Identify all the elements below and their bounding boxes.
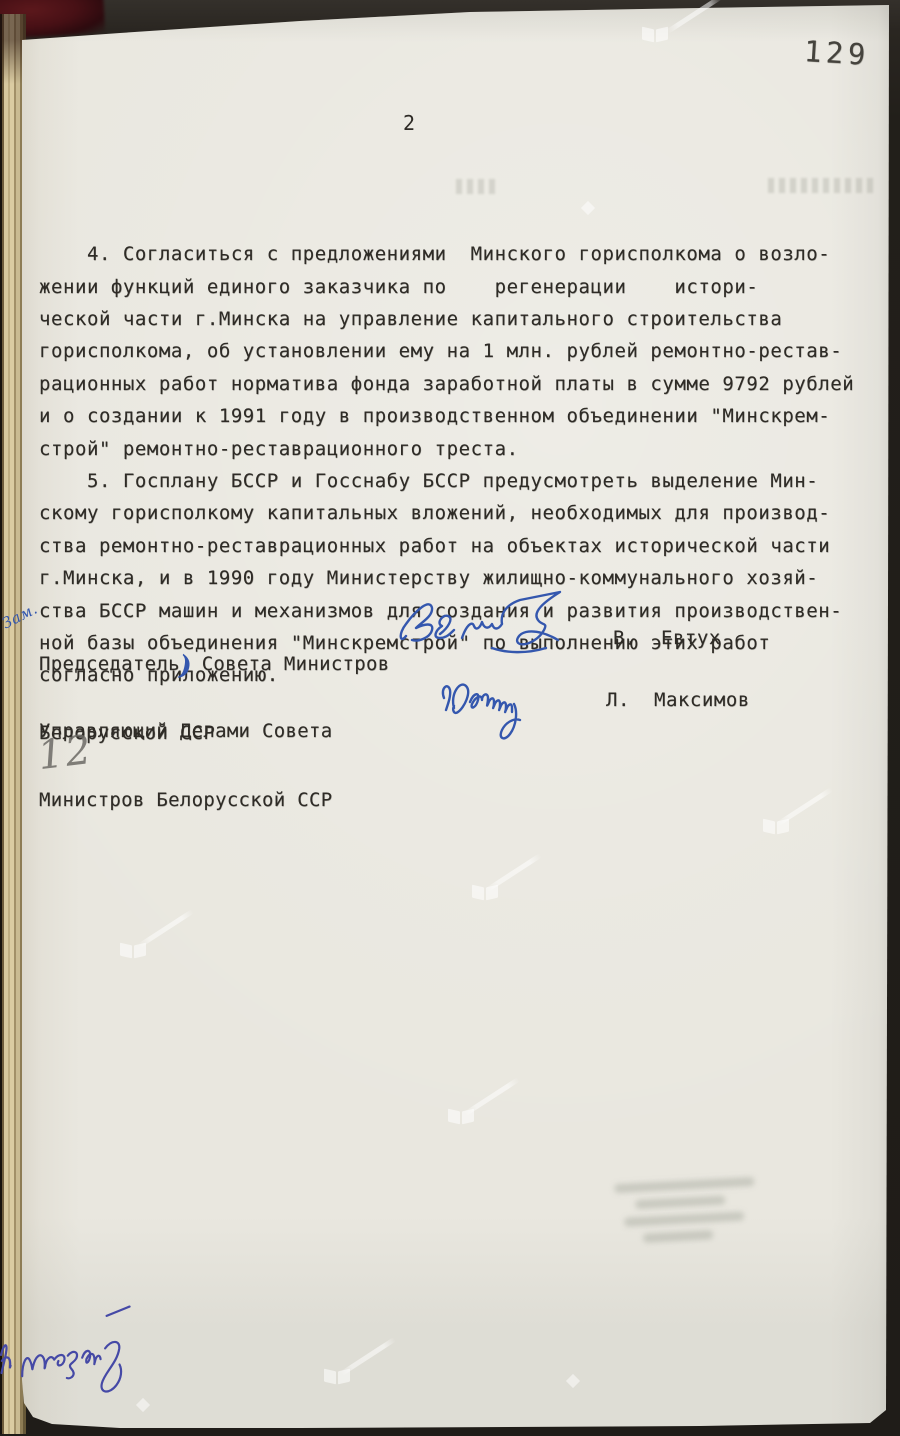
chairman-title-line1: Председатель: [39, 653, 180, 675]
erased-text-smudge: [456, 179, 500, 194]
document-page-number: 2: [403, 111, 415, 135]
document-page: 129 2 4. Согласиться с предложениями Мин…: [0, 0, 900, 1436]
text-line: строй" ремонтно-реставрационного треста.: [39, 433, 854, 465]
watermark-icon: [628, 0, 738, 60]
watermark-icon: [112, 908, 202, 970]
watermark-icon: [462, 854, 552, 914]
manager-name: Л. Максимов: [606, 689, 750, 711]
manager-signature: [436, 668, 541, 748]
text-line: ства ремонтно-реставрационных работ на о…: [39, 530, 854, 562]
chairman-name: В. Евтух: [613, 627, 721, 649]
text-line: 4. Согласиться с предложениями Минского …: [39, 238, 854, 270]
watermark-icon: [575, 198, 605, 228]
watermark-icon: [562, 1372, 592, 1402]
insertion-mark: ): [179, 666, 192, 669]
text-line: 5. Госплану БССР и Госснабу БССР предусм…: [39, 465, 854, 497]
archive-page-number-stamp: 129: [803, 34, 871, 72]
text-line: скому горисполкому капитальных вложений,…: [39, 497, 854, 529]
watermark-icon: [755, 790, 845, 850]
watermark-icon: [316, 1340, 406, 1400]
ghost-stamp: [604, 1175, 788, 1256]
manager-title-line2: Министров Белорусской ССР: [39, 789, 332, 812]
text-line: рационных работ норматива фонда заработн…: [39, 368, 854, 400]
erased-text-smudge: [768, 178, 874, 193]
chairman-signature: [396, 584, 586, 662]
text-line: ческой части г.Минска на управление капи…: [39, 303, 854, 335]
pencil-annotation: 12: [35, 727, 95, 779]
watermark-icon: [132, 1396, 162, 1426]
text-line: и о создании к 1991 году в производствен…: [39, 400, 854, 432]
scanned-archive-document: { "page": { "archive_page_number": "129"…: [0, 0, 900, 1436]
text-line: горисполкома, об установлении ему на 1 м…: [39, 335, 854, 367]
watermark-icon: [442, 1080, 532, 1140]
text-line: жении функций единого заказчика по реген…: [39, 271, 854, 303]
